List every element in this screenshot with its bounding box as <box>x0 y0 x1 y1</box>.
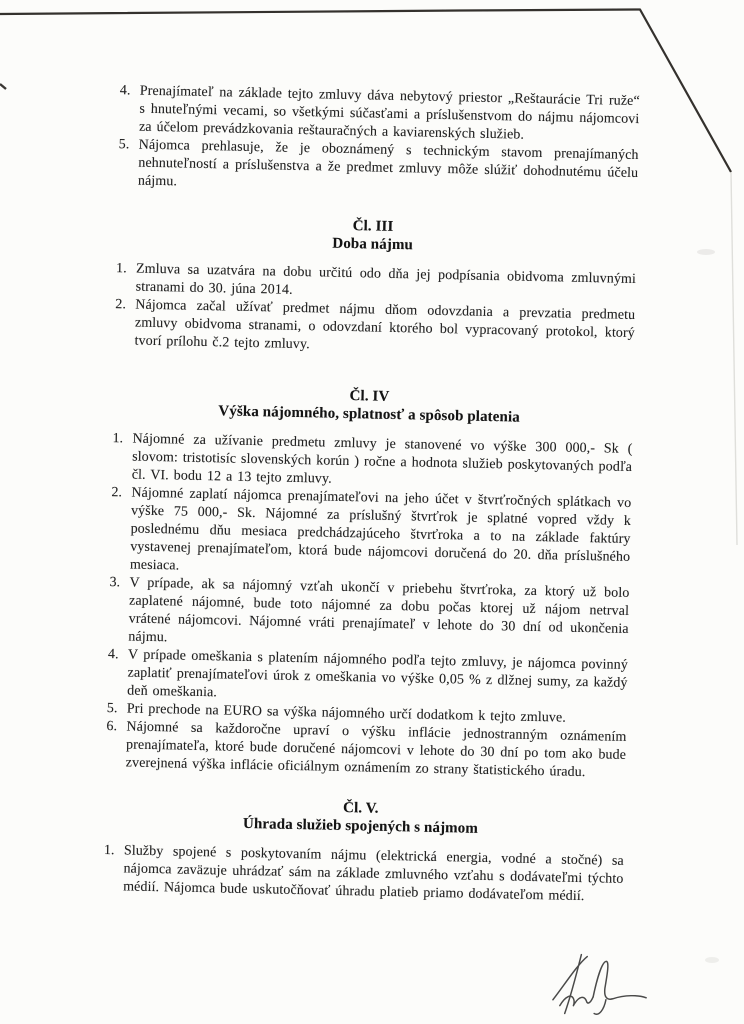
signature <box>548 950 656 1022</box>
item-number: 1. <box>104 430 132 449</box>
item-number: 4. <box>112 82 140 101</box>
section-article-5: Čl. V. Úhrada služieb spojených s nájmom… <box>95 794 625 907</box>
article-heading: Čl. III Doba nájmu <box>109 212 638 259</box>
item-text: Nájomca začal užívať predmet nájmu dňom … <box>134 297 635 361</box>
scan-smudge <box>705 957 719 963</box>
list-item: 2. Nájomné zaplatí nájomca prenajímateľo… <box>102 484 632 585</box>
document-body: 4. Prenajímateľ na základe tejto zmluvy … <box>95 82 640 907</box>
scan-smudge <box>697 249 715 255</box>
scanned-contract-page: 4. Prenajímateľ na základe tejto zmluvy … <box>0 0 744 1024</box>
item-text: Nájomca prehlasuje, že je oboznámený s t… <box>138 137 639 201</box>
item-number: 4. <box>100 646 128 665</box>
section-article-4: Čl. IV Výška nájomného, splatnosť a spôs… <box>98 382 634 783</box>
item-number: 2. <box>103 484 131 503</box>
section-continuation: 4. Prenajímateľ na základe tejto zmluvy … <box>110 82 640 201</box>
item-number: 1. <box>108 260 136 279</box>
item-number: 5. <box>99 700 127 719</box>
item-text: V prípade, ak sa nájomný vzťah ukončí v … <box>128 574 629 656</box>
item-number: 6. <box>98 718 126 737</box>
article-heading: Čl. IV Výška nájomného, splatnosť a spôs… <box>105 382 634 429</box>
item-number: 1. <box>96 842 124 861</box>
list-item: 1. Služby spojené s poskytovaním nájmu (… <box>95 842 624 907</box>
item-text: Služby spojené s poskytovaním nájmu (ele… <box>123 842 624 906</box>
section-article-3: Čl. III Doba nájmu 1. Zmluva sa uzatvára… <box>106 212 637 361</box>
list-item: 2. Nájomca začal užívať predmet nájmu dň… <box>106 296 635 361</box>
left-edge-mark <box>0 84 6 89</box>
list-item: 3. V prípade, ak sa nájomný vzťah ukončí… <box>100 574 629 657</box>
item-text: Nájomné zaplatí nájomca prenajímateľovi … <box>130 484 632 584</box>
item-number: 5. <box>110 136 138 155</box>
article-heading: Čl. V. Úhrada služieb spojených s nájmom <box>96 794 625 841</box>
list-item: 6. Nájomné sa každoročne upraví o výšku … <box>98 718 627 783</box>
item-text: Nájomné sa každoročne upraví o výšku inf… <box>126 718 627 782</box>
paper-right-edge <box>731 172 737 545</box>
list-item: 5. Nájomca prehlasuje, že je oboznámený … <box>110 136 639 201</box>
item-number: 3. <box>101 574 129 593</box>
item-number: 2. <box>107 296 135 315</box>
